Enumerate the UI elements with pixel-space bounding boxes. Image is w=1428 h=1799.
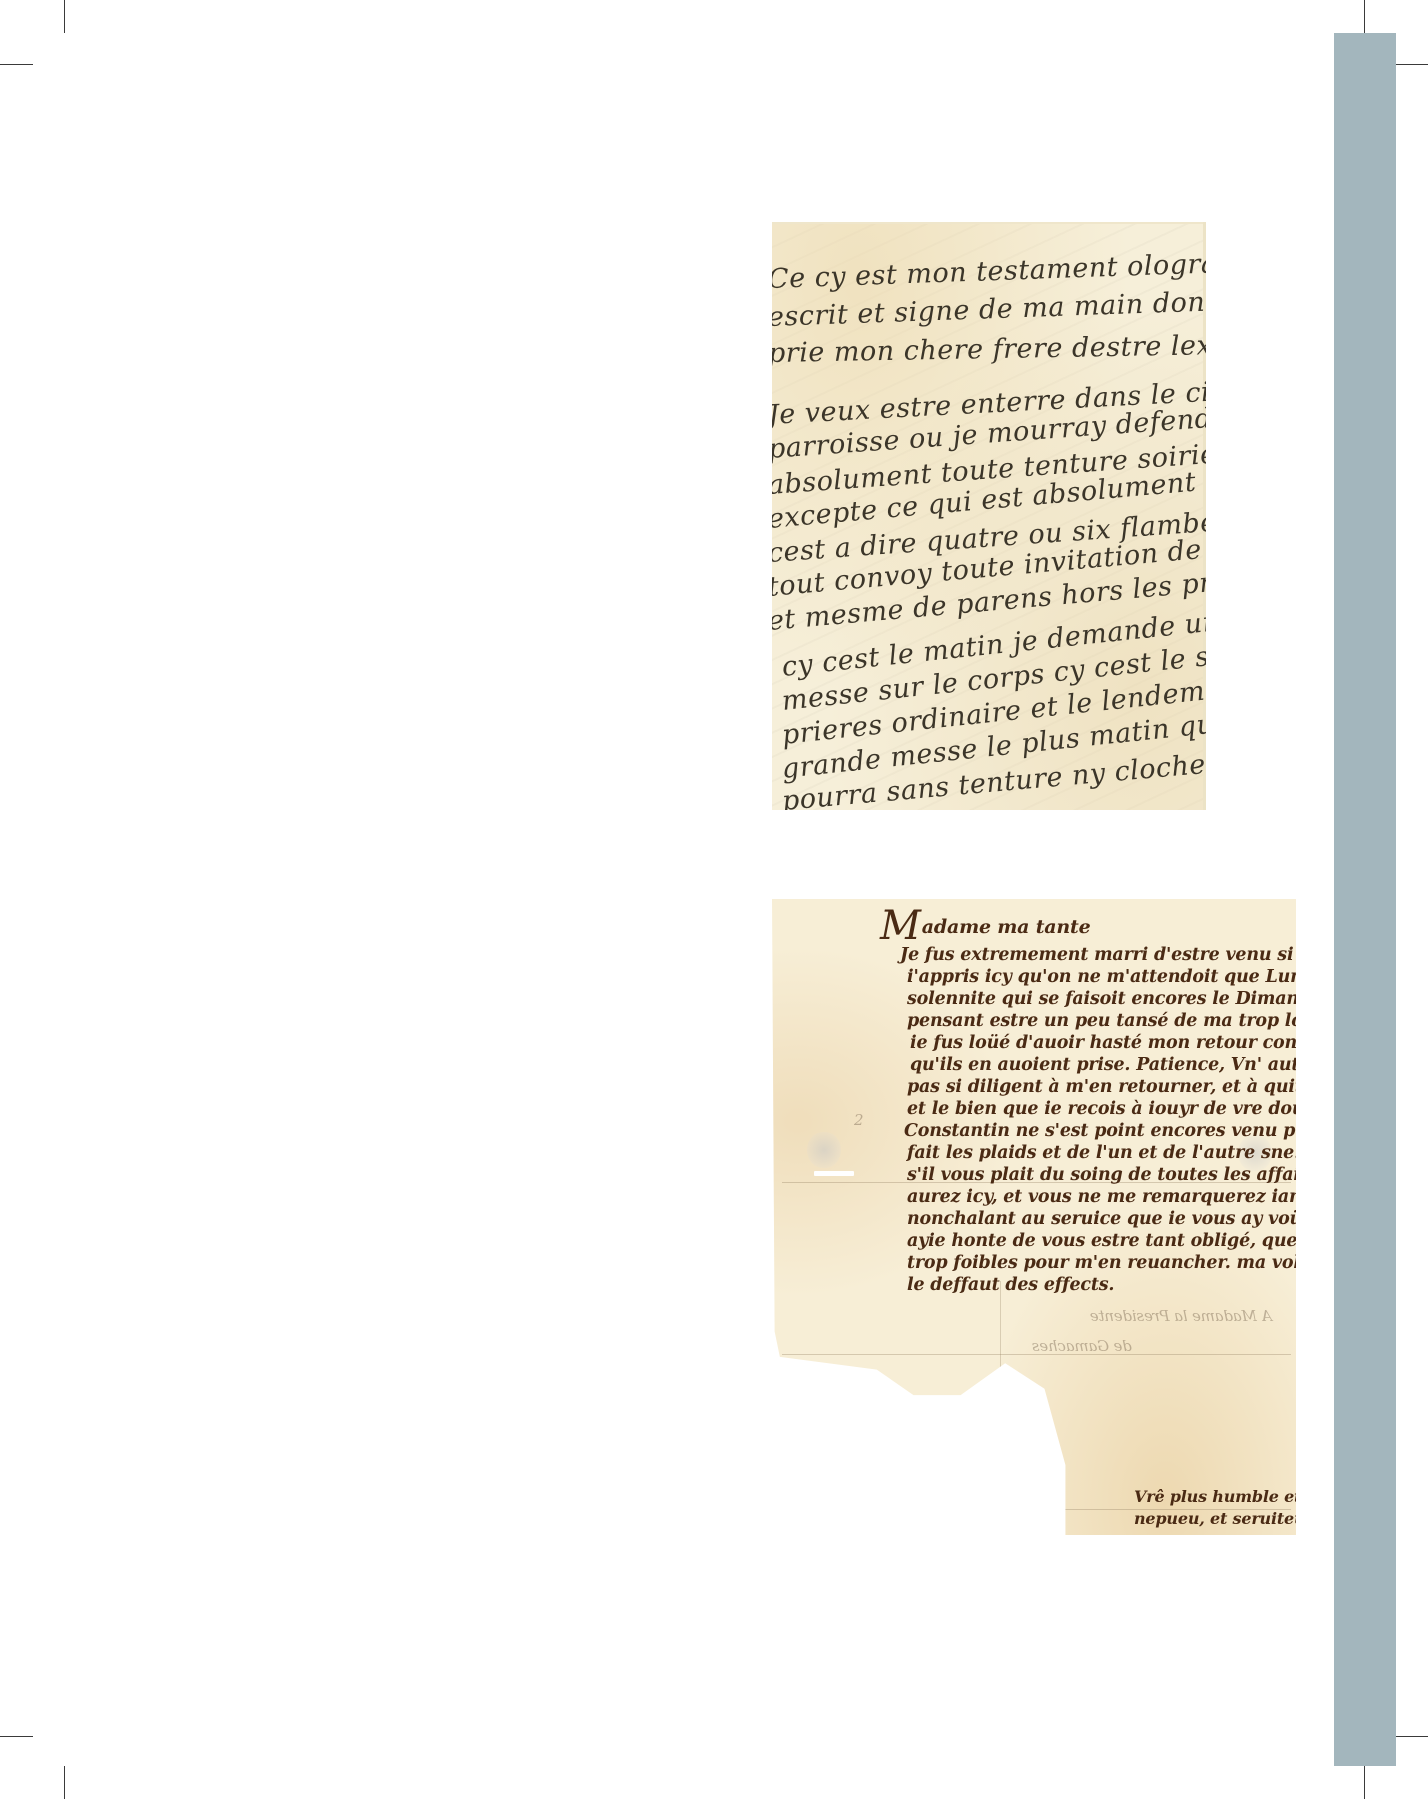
letter-line: ie fus loüé d'auoir hasté mon retour con…: [910, 1033, 1296, 1053]
manuscript-testament-image: Ce cy est mon testament olografe escrit …: [772, 222, 1206, 810]
letter-line: solennite qui se faisoit encores le Dima…: [907, 989, 1296, 1009]
letter-line: fait les plaids et de l'un et de l'autre…: [907, 1143, 1296, 1163]
manuscript-letter-image: 2 Madame ma tante Je fus extremement mar…: [772, 899, 1296, 1535]
letter-line: Je fus extremement marri d'estre venu si…: [900, 945, 1296, 965]
margin-number: 2: [854, 1111, 864, 1129]
crop-mark-bottom-left-horizontal: [0, 1736, 33, 1737]
letter-closing: Vrê plus humble et obeissant: [1134, 1487, 1296, 1506]
side-thumb-tab: [1334, 33, 1396, 1766]
letter-address-faint: A Madame la Presidente: [1090, 1307, 1272, 1325]
letter-line: et le bien que ie recois à iouyr de vre …: [907, 1099, 1296, 1119]
seal-mark: [807, 1131, 841, 1169]
letter-line: pensant estre un peu tansé de ma trop lo…: [907, 1011, 1296, 1031]
letter-closing: nepueu, et seruiteur: [1134, 1509, 1296, 1528]
letter-line: aurez icy, et vous ne me remarquerez iam…: [907, 1187, 1296, 1207]
letter-line: trop foibles pour m'en reuancher. ma vol…: [907, 1253, 1296, 1273]
letter-line: nonchalant au seruice que ie vous ay voü…: [907, 1209, 1296, 1229]
letter-line: ayie honte de vous estre tant obligé, qu…: [907, 1231, 1296, 1251]
letter-line: s'il vous plait du soing de toutes les a…: [907, 1165, 1296, 1185]
fold-line-vertical: [1000, 1281, 1001, 1453]
letter-line: i'appris icy qu'on ne m'attendoit que Lu…: [907, 967, 1296, 987]
paper-hole: [814, 1171, 854, 1176]
crop-mark-top-right-vertical: [1364, 0, 1365, 33]
crop-mark-bottom-left-vertical: [64, 1766, 65, 1799]
letter-line: pas si diligent à m'en retourner, et à q…: [907, 1077, 1296, 1097]
letter-line: qu'ils en auoient prise. Patience, Vn' a…: [910, 1055, 1296, 1075]
letter-address-faint: de Gamaches: [1032, 1337, 1132, 1355]
crop-mark-bottom-right-vertical: [1364, 1766, 1365, 1799]
letter-line: Constantin ne s'est point encores venu p…: [904, 1121, 1296, 1141]
crop-mark-top-left-horizontal: [0, 64, 33, 65]
letter-line: le deffaut des effects.: [907, 1275, 1114, 1295]
salutation-text: adame ma tante: [922, 916, 1091, 938]
crop-mark-top-left-vertical: [64, 0, 65, 33]
salutation-initial: M: [880, 903, 921, 949]
crop-mark-top-right-horizontal: [1396, 64, 1428, 65]
crop-mark-bottom-right-horizontal: [1396, 1736, 1428, 1737]
paper-background: 2 Madame ma tante Je fus extremement mar…: [772, 899, 1296, 1535]
letter-salutation: Madame ma tante: [880, 903, 1090, 949]
